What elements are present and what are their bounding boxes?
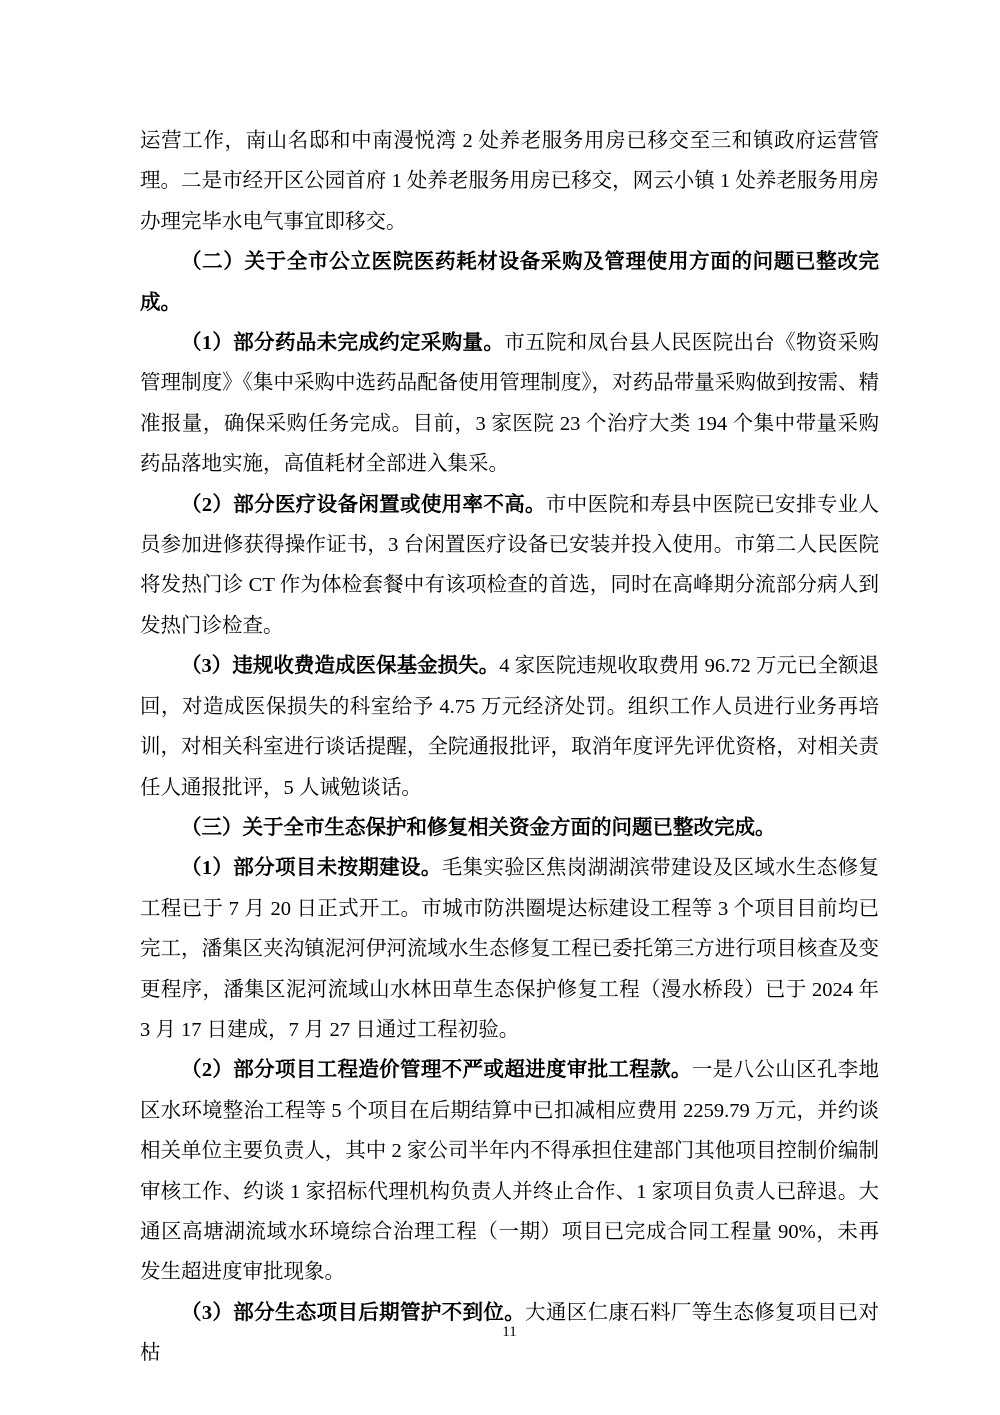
item-lead-text: （3）部分生态项目后期管护不到位。	[181, 1302, 525, 1324]
item-body-text: 一是八公山区孔李地区水环境整治工程等 5 个项目在后期结算中已扣减相应费用 22…	[140, 1059, 879, 1283]
paragraph-item: （1）部分药品未完成约定采购量。市五院和凤台县人民医院出台《物资采购管理制度》《…	[140, 323, 879, 485]
paragraph-text: 运营工作，南山名邸和中南漫悦湾 2 处养老服务用房已移交至三和镇政府运营管理。二…	[140, 130, 879, 233]
item-lead-text: （1）部分项目未按期建设。	[181, 857, 442, 879]
paragraph-item: （2）部分项目工程造价管理不严或超进度审批工程款。一是八公山区孔李地区水环境整治…	[140, 1050, 879, 1292]
paragraph-item: （2）部分医疗设备闲置或使用率不高。市中医院和寿县中医院已安排专业人员参加进修获…	[140, 485, 879, 647]
section-heading-3: （三）关于全市生态保护和修复相关资金方面的问题已整改完成。	[140, 808, 879, 848]
item-body-text: 毛集实验区焦岗湖湖滨带建设及区域水生态修复工程已于 7 月 20 日正式开工。市…	[140, 857, 879, 1041]
paragraph-continuation: 运营工作，南山名邸和中南漫悦湾 2 处养老服务用房已移交至三和镇政府运营管理。二…	[140, 121, 879, 242]
document-page: 运营工作，南山名邸和中南漫悦湾 2 处养老服务用房已移交至三和镇政府运营管理。二…	[0, 0, 1000, 1415]
item-lead-text: （2）部分项目工程造价管理不严或超进度审批工程款。	[181, 1059, 692, 1081]
paragraph-item: （3）违规收费造成医保基金损失。4 家医院违规收取费用 96.72 万元已全额退…	[140, 646, 879, 808]
page-number: 11	[140, 1322, 879, 1342]
section-heading-text: （二）关于全市公立医院医药耗材设备采购及管理使用方面的问题已整改完成。	[140, 251, 879, 313]
paragraph-item: （1）部分项目未按期建设。毛集实验区焦岗湖湖滨带建设及区域水生态修复工程已于 7…	[140, 848, 879, 1050]
item-lead-text: （3）违规收费造成医保基金损失。	[181, 655, 499, 677]
section-heading-2: （二）关于全市公立医院医药耗材设备采购及管理使用方面的问题已整改完成。	[140, 242, 879, 323]
section-heading-text: （三）关于全市生态保护和修复相关资金方面的问题已整改完成。	[181, 817, 776, 839]
item-lead-text: （2）部分医疗设备闲置或使用率不高。	[181, 494, 546, 516]
item-lead-text: （1）部分药品未完成约定采购量。	[181, 332, 504, 354]
document-body: 运营工作，南山名邸和中南漫悦湾 2 处养老服务用房已移交至三和镇政府运营管理。二…	[140, 121, 879, 1374]
